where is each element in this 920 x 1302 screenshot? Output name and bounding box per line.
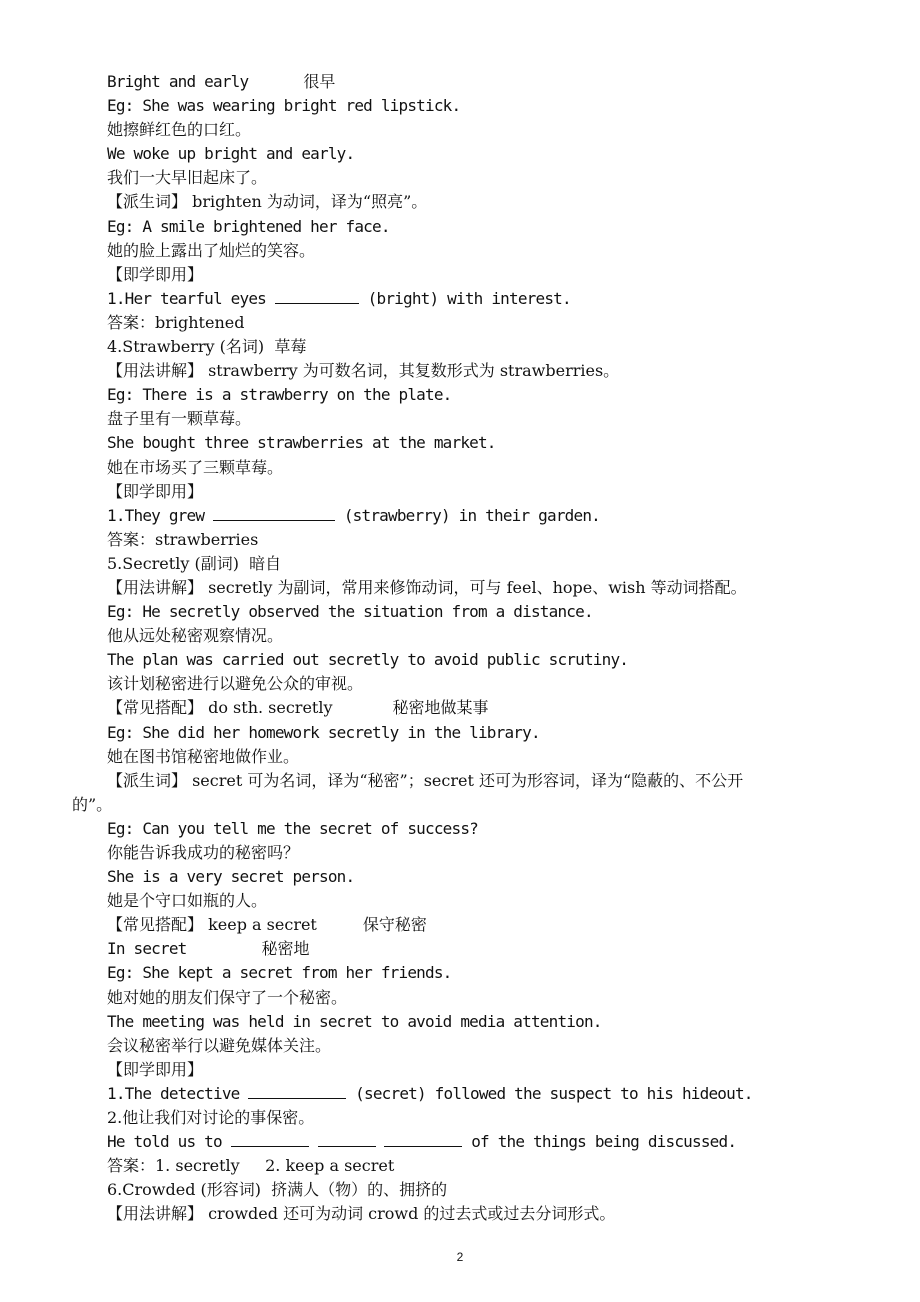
line-text: 她对她的朋友们保守了一个秘密。 [107,988,347,1007]
page-content: Bright and early很早Eg: She was wearing br… [107,70,867,1227]
text-line: 1.Her tearful eyes (bright) with interes… [107,287,867,311]
text-line: 【常见搭配】 do sth. secretly秘密地做某事 [107,696,867,720]
text-line: 我们一大早旧起床了。 [107,166,867,190]
line-text: 我们一大早旧起床了。 [107,168,267,187]
line-text: 【派生词】 secret 可为名词，译为“秘密”；secret 还可为形容词，译… [107,771,743,790]
text-line: 2.他让我们对讨论的事保密。 [107,1106,867,1130]
exercise-suffix: (secret) followed the suspect to his hid… [346,1084,752,1103]
line-text: Eg: There is a strawberry on the plate. [107,385,451,404]
exercise-prefix: 1.They grew [107,506,213,525]
text-line: Eg: Can you tell me the secret of succes… [107,817,867,841]
text-line: 她对她的朋友们保守了一个秘密。 [107,986,867,1010]
line-text: 【派生词】 brighten 为动词，译为“照亮”。 [107,192,427,211]
text-line: 【即学即用】 [107,1058,867,1082]
text-line: The plan was carried out secretly to avo… [107,648,867,672]
line-text: 【即学即用】 [107,265,203,284]
line-text: 答案：brightened [107,313,244,332]
term-chinese: 秘密地做某事 [393,698,489,717]
document-page: Bright and early很早Eg: She was wearing br… [0,0,920,1302]
text-line: 【即学即用】 [107,263,867,287]
exercise-suffix: (strawberry) in their garden. [335,506,600,525]
line-text: Eg: A smile brightened her face. [107,217,390,236]
text-line: 【派生词】 brighten 为动词，译为“照亮”。 [107,190,867,214]
line-text: 【用法讲解】 secretly 为副词，常用来修饰动词，可与 feel、hope… [107,578,747,597]
text-line: 4.Strawberry (名词) 草莓 [107,335,867,359]
term-chinese: 很早 [303,72,335,91]
line-text: 她是个守口如瓶的人。 [107,891,267,910]
fill-in-blank [231,1132,309,1147]
line-text: 她在图书馆秘密地做作业。 [107,747,299,766]
text-line: 她的脸上露出了灿烂的笑容。 [107,239,867,263]
text-line: 1.They grew (strawberry) in their garden… [107,504,867,528]
line-text: Eg: Can you tell me the secret of succes… [107,819,478,838]
text-line: Eg: She was wearing bright red lipstick. [107,94,867,118]
text-line: 她擦鲜红色的口红。 [107,118,867,142]
text-line: 答案：1. secretly 2. keep a secret [107,1154,867,1178]
line-text: 4.Strawberry (名词) 草莓 [107,337,306,356]
text-line: 的”。 [72,793,867,817]
text-line: 她在图书馆秘密地做作业。 [107,745,867,769]
text-line: 你能告诉我成功的秘密吗？ [107,841,867,865]
text-line: 他从远处秘密观察情况。 [107,624,867,648]
line-text: 【即学即用】 [107,482,203,501]
page-number: 2 [0,1250,920,1264]
text-line: 【即学即用】 [107,480,867,504]
line-text: 【即学即用】 [107,1060,203,1079]
line-text: 盘子里有一颗草莓。 [107,409,251,428]
text-line: 【常见搭配】 keep a secret保守秘密 [107,913,867,937]
exercise-prefix: 1.Her tearful eyes [107,289,275,308]
text-line: 她在市场买了三颗草莓。 [107,456,867,480]
line-text: Eg: He secretly observed the situation f… [107,602,593,621]
text-line: 【用法讲解】 strawberry 为可数名词，其复数形式为 strawberr… [107,359,867,383]
term-english: 【常见搭配】 keep a secret [107,915,317,934]
text-line: 会议秘密举行以避免媒体关注。 [107,1034,867,1058]
line-text: She bought three strawberries at the mar… [107,433,496,452]
text-line: Eg: She did her homework secretly in the… [107,721,867,745]
text-line: Bright and early很早 [107,70,867,94]
text-line: 5.Secretly (副词) 暗自 [107,552,867,576]
line-text: 答案：1. secretly 2. keep a secret [107,1156,394,1175]
line-text: 答案：strawberries [107,530,258,549]
line-text: 会议秘密举行以避免媒体关注。 [107,1036,331,1055]
text-line: 答案：strawberries [107,528,867,552]
text-line: Eg: There is a strawberry on the plate. [107,383,867,407]
term-chinese: 保守秘密 [363,915,427,934]
text-line: 盘子里有一颗草莓。 [107,407,867,431]
line-text: 2.他让我们对讨论的事保密。 [107,1108,314,1127]
text-line: The meeting was held in secret to avoid … [107,1010,867,1034]
line-text: Eg: She was wearing bright red lipstick. [107,96,460,115]
term-english: In secret [107,939,187,958]
fill-in-blank [318,1132,376,1147]
text-line: She bought three strawberries at the mar… [107,431,867,455]
text-line: 【用法讲解】 secretly 为副词，常用来修饰动词，可与 feel、hope… [107,576,867,600]
line-text: Eg: She did her homework secretly in the… [107,723,540,742]
line-text: 她的脸上露出了灿烂的笑容。 [107,241,315,260]
line-text: 他从远处秘密观察情况。 [107,626,283,645]
line-text: The meeting was held in secret to avoid … [107,1012,602,1031]
fill-in-blank [275,289,359,304]
text-line: 她是个守口如瓶的人。 [107,889,867,913]
line-text: 【用法讲解】 crowded 还可为动词 crowd 的过去式或过去分词形式。 [107,1204,615,1223]
term-english: 【常见搭配】 do sth. secretly [107,698,333,717]
line-text: The plan was carried out secretly to avo… [107,650,628,669]
text-line: She is a very secret person. [107,865,867,889]
line-text: 5.Secretly (副词) 暗自 [107,554,281,573]
line-text: 【用法讲解】 strawberry 为可数名词，其复数形式为 strawberr… [107,361,619,380]
fill-in-blank [384,1132,462,1147]
line-text: She is a very secret person. [107,867,354,886]
text-line: He told us to of the things being discus… [107,1130,867,1154]
line-text: 你能告诉我成功的秘密吗？ [107,843,299,862]
exercise-suffix: (bright) with interest. [359,289,571,308]
exercise-prefix: 1.The detective [107,1084,248,1103]
text-line: 6.Crowded (形容词) 挤满人（物）的、拥挤的 [107,1178,867,1202]
term-chinese: 秘密地 [262,939,310,958]
text-line: In secret秘密地 [107,937,867,961]
text-line: 该计划秘密进行以避免公众的审视。 [107,672,867,696]
exercise-suffix: of the things being discussed. [462,1132,736,1151]
text-line: 【用法讲解】 crowded 还可为动词 crowd 的过去式或过去分词形式。 [107,1202,867,1226]
text-line: Eg: A smile brightened her face. [107,215,867,239]
line-text: We woke up bright and early. [107,144,354,163]
text-line: 答案：brightened [107,311,867,335]
line-text: Eg: She kept a secret from her friends. [107,963,451,982]
fill-in-blank [213,506,335,521]
line-text: 6.Crowded (形容词) 挤满人（物）的、拥挤的 [107,1180,447,1199]
text-line: Eg: She kept a secret from her friends. [107,961,867,985]
text-line: We woke up bright and early. [107,142,867,166]
line-text: 的”。 [72,795,112,814]
fill-in-blank [248,1084,346,1099]
line-text: 她在市场买了三颗草莓。 [107,458,283,477]
exercise-prefix: He told us to [107,1132,231,1151]
text-line: Eg: He secretly observed the situation f… [107,600,867,624]
text-line: 【派生词】 secret 可为名词，译为“秘密”；secret 还可为形容词，译… [107,769,867,793]
term-english: Bright and early [107,72,248,91]
text-line: 1.The detective (secret) followed the su… [107,1082,867,1106]
line-text: 该计划秘密进行以避免公众的审视。 [107,674,363,693]
line-text: 她擦鲜红色的口红。 [107,120,251,139]
